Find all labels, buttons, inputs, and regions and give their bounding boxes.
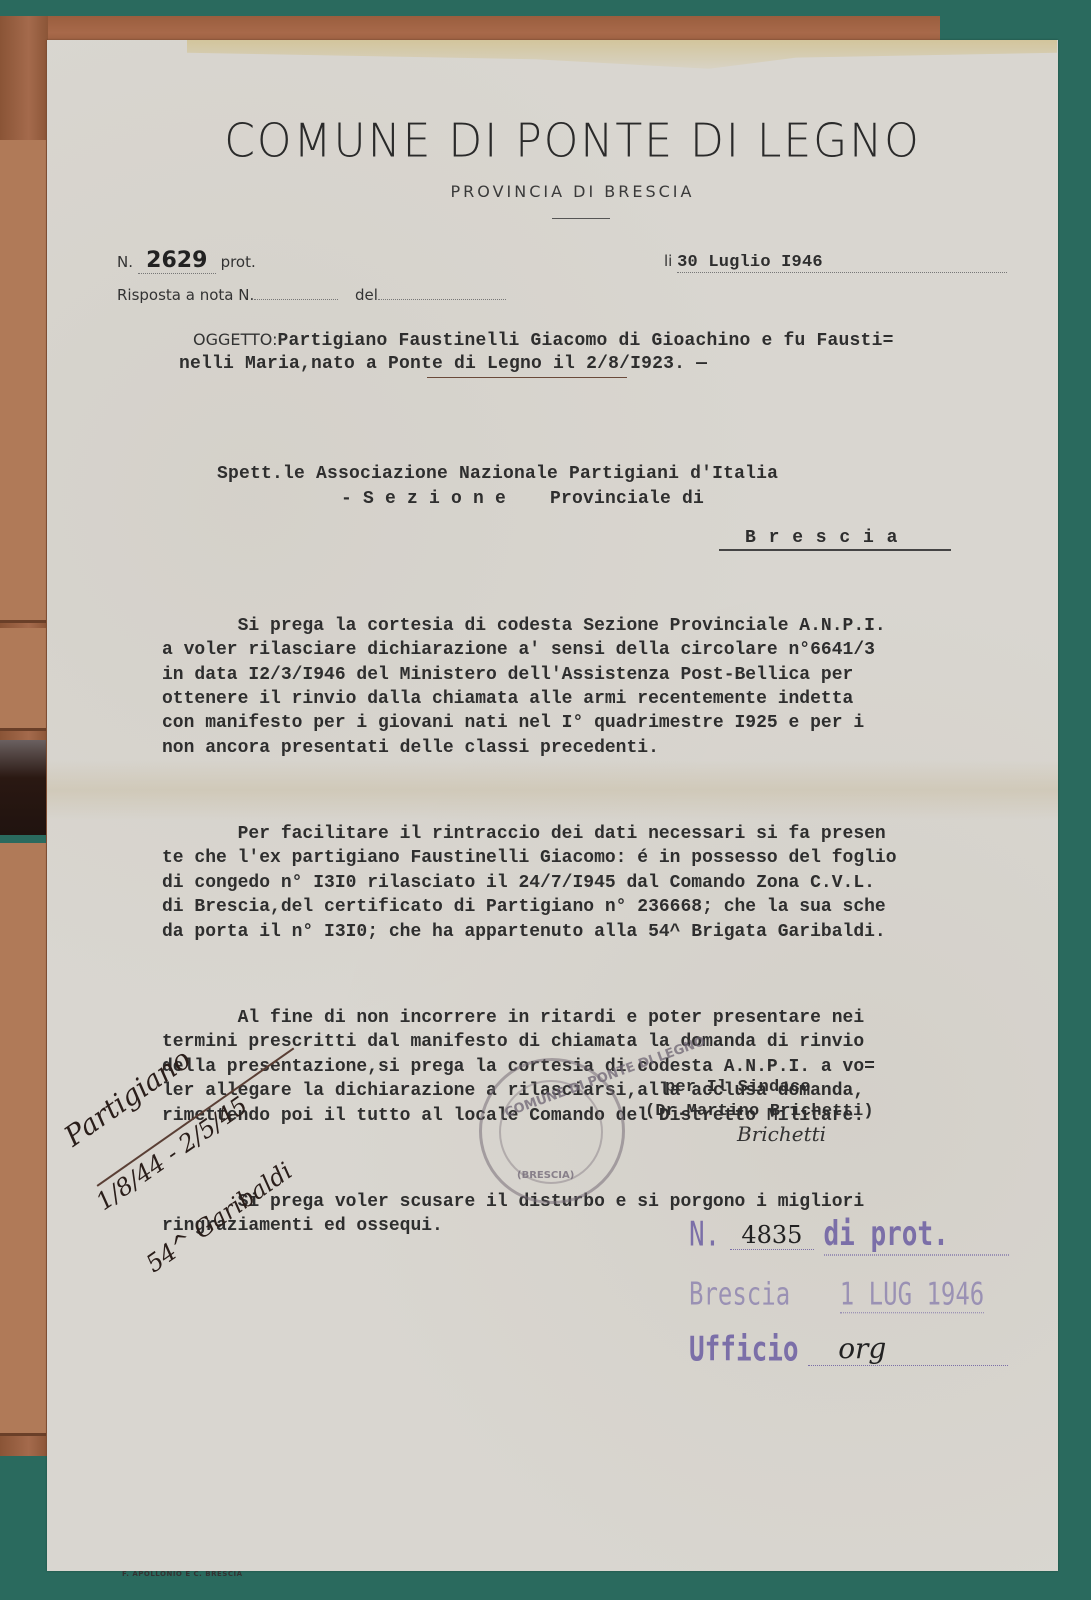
receipt-date-label: Brescia bbox=[689, 1276, 790, 1312]
reply-label: Risposta a nota N. bbox=[117, 286, 254, 304]
date-value: 30 Luglio I946 bbox=[677, 253, 1007, 273]
receipt-number: 4835 bbox=[730, 1221, 814, 1250]
receipt-prot-label: di prot. bbox=[824, 1215, 1009, 1255]
signatory-name: (Dr.Martino Brichetti) bbox=[645, 1102, 874, 1121]
paragraph-1: Si prega la cortesia di codesta Sezione … bbox=[162, 614, 1062, 760]
addressee-line-1: Spett.le Associazione Nazionale Partigia… bbox=[217, 464, 778, 484]
subject-line-2: nelli Maria,nato a Ponte di Legno il 2/8… bbox=[179, 354, 707, 374]
signature-title: per Il Sindaco bbox=[665, 1078, 811, 1097]
receipt-stamp-date: Brescia 1 LUG 1946 bbox=[689, 1280, 984, 1309]
receipt-n-label: N. bbox=[689, 1216, 720, 1255]
letter-body: Si prega la cortesia di codesta Sezione … bbox=[162, 565, 1062, 1300]
receipt-office-value: org bbox=[808, 1332, 1008, 1366]
receipt-date: 1 LUG 1946 bbox=[840, 1276, 985, 1314]
water-stain bbox=[187, 40, 1057, 72]
wood-block bbox=[0, 628, 46, 731]
date-field: li 30 Luglio I946 bbox=[664, 252, 1007, 273]
addressee-underline bbox=[719, 549, 951, 551]
handwritten-signature: Brichetti bbox=[737, 1122, 826, 1146]
seal-bottom-text: (BRESCIA) bbox=[517, 1170, 574, 1181]
letterhead-subtitle: PROVINCIA DI BRESCIA bbox=[47, 182, 1058, 201]
reply-field: Risposta a nota N. del bbox=[117, 286, 506, 304]
receipt-stamp-number: N. 4835 di prot. bbox=[689, 1220, 1009, 1251]
protocol-prot-label: prot. bbox=[221, 253, 256, 271]
letterhead-rule bbox=[552, 218, 610, 219]
printer-imprint: F. APOLLONIO E C. BRESCIA bbox=[122, 1570, 242, 1578]
wood-block bbox=[0, 843, 46, 1436]
wood-block bbox=[0, 140, 46, 623]
teal-stripe bbox=[0, 835, 46, 843]
letterhead-title: COMUNE DI PONTE DI LEGNO bbox=[47, 115, 1058, 169]
receipt-stamp-office: Ufficio org bbox=[689, 1332, 1008, 1366]
receipt-office-label: Ufficio bbox=[689, 1331, 799, 1370]
addressee-city: B r e s c i a bbox=[745, 528, 898, 548]
paragraph-2: Per facilitare il rintraccio dei dati ne… bbox=[162, 822, 1062, 944]
dark-band bbox=[0, 740, 46, 835]
subject: OGGETTO:Partigiano Faustinelli Giacomo d… bbox=[193, 330, 894, 351]
date-prefix: li bbox=[664, 252, 672, 270]
document-page: COMUNE DI PONTE DI LEGNO PROVINCIA DI BR… bbox=[47, 40, 1058, 1571]
subject-label: OGGETTO: bbox=[193, 330, 277, 349]
underline bbox=[427, 377, 627, 378]
protocol-number-field: N. 2629 prot. bbox=[117, 248, 256, 274]
reply-del-label: del bbox=[355, 286, 378, 304]
protocol-number: 2629 bbox=[138, 248, 216, 274]
protocol-n-label: N. bbox=[117, 253, 133, 271]
subject-line-1: Partigiano Faustinelli Giacomo di Gioach… bbox=[277, 331, 893, 351]
addressee-line-2: - S e z i o n e Provinciale di bbox=[341, 489, 704, 509]
